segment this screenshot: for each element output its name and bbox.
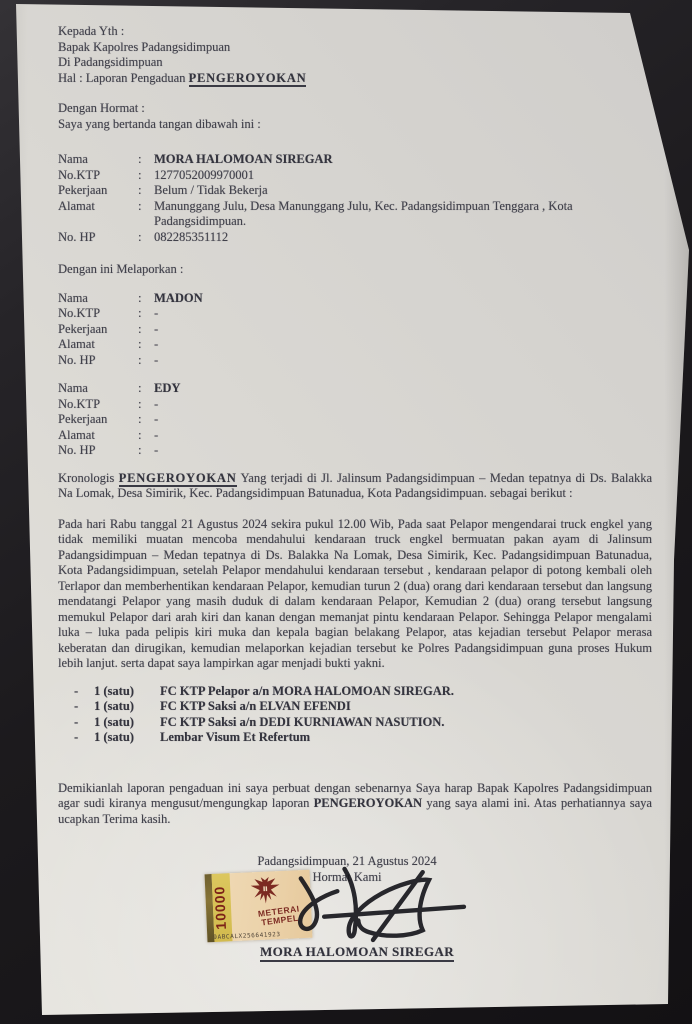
stamp-value: 10000 [211,875,234,940]
field-row: Nama : MORA HALOMOAN SIREGAR [58,152,652,168]
field-row: Pekerjaan : - [58,412,652,428]
body-paragraph: Pada hari Rabu tanggal 21 Agustus 2024 s… [58,517,652,672]
evidence-desc: Lembar Visum Et Refertum [160,730,652,746]
field-colon: : [138,199,154,215]
field-colon: : [138,152,154,168]
field-label: Alamat [58,199,138,215]
evidence-bullet: - [58,715,94,731]
field-row: No.KTP : - [58,306,652,322]
field-colon: : [138,306,154,322]
letter-content: Kepada Yth : Bapak Kapolres Padangsidimp… [58,24,652,885]
field-colon: : [138,412,154,428]
field-colon: : [138,230,154,246]
subject-keyword: PENGEROYOKAN [189,71,307,87]
field-label: No. HP [58,230,138,246]
field-value: EDY [154,381,652,397]
field-colon: : [138,168,154,184]
recipient-block: Kepada Yth : Bapak Kapolres Padangsidimp… [58,24,652,86]
field-value: - [154,397,652,413]
complainant-block: Nama : MORA HALOMOAN SIREGAR No.KTP : 12… [58,152,652,245]
field-value: - [154,322,652,338]
field-row: Pekerjaan : Belum / Tidak Bekerja [58,183,652,199]
report-intro: Dengan ini Melaporkan : [58,262,652,278]
salutation-block: Dengan Hormat : Saya yang bertanda tanga… [58,101,652,132]
evidence-item: - 1 (satu) Lembar Visum Et Refertum [58,730,652,746]
intro-line: Saya yang bertanda tangan dibawah ini : [58,117,652,133]
field-row: Alamat : - [58,337,652,353]
field-colon: : [138,428,154,444]
chronology-paragraph: Kronologis PENGEROYOKAN Yang terjadi di … [58,471,652,502]
field-colon: : [138,443,154,459]
field-value: Manunggang Julu, Desa Manunggang Julu, K… [154,199,624,230]
reported-person-1-block: Nama : MADON No.KTP : - Pekerjaan : - Al… [58,291,652,369]
field-colon: : [138,322,154,338]
field-row: Nama : EDY [58,381,652,397]
evidence-desc: FC KTP Saksi a/n ELVAN EFENDI [160,699,652,715]
evidence-qty: 1 (satu) [94,715,160,731]
field-row: Nama : MADON [58,291,652,307]
evidence-item: - 1 (satu) FC KTP Saksi a/n DEDI KURNIAW… [58,715,652,731]
evidence-qty: 1 (satu) [94,730,160,746]
recipient-line: Kepada Yth : [58,24,652,40]
field-colon: : [138,381,154,397]
closing-paragraph: Demikianlah laporan pengaduan ini saya p… [58,781,652,828]
field-value: MADON [154,291,652,307]
field-label: Nama [58,381,138,397]
recipient-line: Di Padangsidimpuan [58,55,652,71]
field-value: - [154,443,652,459]
photo-scene: Kepada Yth : Bapak Kapolres Padangsidimp… [0,0,692,1024]
evidence-item: - 1 (satu) FC KTP Pelapor a/n MORA HALOM… [58,684,652,700]
field-colon: : [138,183,154,199]
closing-keyword: PENGEROYOKAN [314,796,422,810]
evidence-desc: FC KTP Pelapor a/n MORA HALOMOAN SIREGAR… [160,684,652,700]
field-value: Belum / Tidak Bekerja [154,183,652,199]
evidence-bullet: - [58,699,94,715]
field-value: - [154,412,652,428]
field-row: Alamat : Manunggang Julu, Desa Manunggan… [58,199,652,230]
field-row: Pekerjaan : - [58,322,652,338]
field-label: Nama [58,152,138,168]
field-label: No.KTP [58,397,138,413]
evidence-qty: 1 (satu) [94,684,160,700]
field-row: No. HP : - [58,443,652,459]
field-value: 082285351112 [154,230,652,246]
evidence-bullet: - [58,730,94,746]
field-label: No. HP [58,443,138,459]
recipient-line: Bapak Kapolres Padangsidimpuan [58,40,652,56]
field-label: Pekerjaan [58,183,138,199]
salutation: Dengan Hormat : [58,101,652,117]
field-row: No. HP : 082285351112 [58,230,652,246]
evidence-item: - 1 (satu) FC KTP Saksi a/n ELVAN EFENDI [58,699,652,715]
field-colon: : [138,353,154,369]
field-colon: : [138,337,154,353]
field-label: No. HP [58,353,138,369]
field-value: - [154,337,652,353]
evidence-bullet: - [58,684,94,700]
field-row: No. HP : - [58,353,652,369]
field-label: No.KTP [58,306,138,322]
signatory-name-text: MORA HALOMOAN SIREGAR [260,944,454,962]
field-label: Alamat [58,337,138,353]
evidence-desc: FC KTP Saksi a/n DEDI KURNIAWAN NASUTION… [160,715,652,731]
field-value: - [154,353,652,369]
field-label: Alamat [58,428,138,444]
field-label: No.KTP [58,168,138,184]
subject-line: Hal : Laporan Pengaduan PENGEROYOKAN [58,71,652,87]
chronology-prefix: Kronologis [58,471,114,485]
field-label: Pekerjaan [58,322,138,338]
chronology-keyword: PENGEROYOKAN [119,471,237,487]
evidence-qty: 1 (satu) [94,699,160,715]
field-row: Alamat : - [58,428,652,444]
field-value: 1277052009970001 [154,168,652,184]
field-value: - [154,306,652,322]
field-row: No.KTP : 1277052009970001 [58,168,652,184]
stamp-serial-number: 9ABCALX256641923 [213,931,281,941]
field-colon: : [138,291,154,307]
field-label: Pekerjaan [58,412,138,428]
signatory-name: MORA HALOMOAN SIREGAR [200,944,514,960]
field-label: Nama [58,291,138,307]
evidence-list: - 1 (satu) FC KTP Pelapor a/n MORA HALOM… [58,684,652,746]
field-row: No.KTP : - [58,397,652,413]
subject-prefix: Hal : Laporan Pengaduan [58,71,185,85]
field-colon: : [138,397,154,413]
field-value: - [154,428,652,444]
field-value: MORA HALOMOAN SIREGAR [154,152,652,168]
reported-person-2-block: Nama : EDY No.KTP : - Pekerjaan : - Alam… [58,381,652,459]
